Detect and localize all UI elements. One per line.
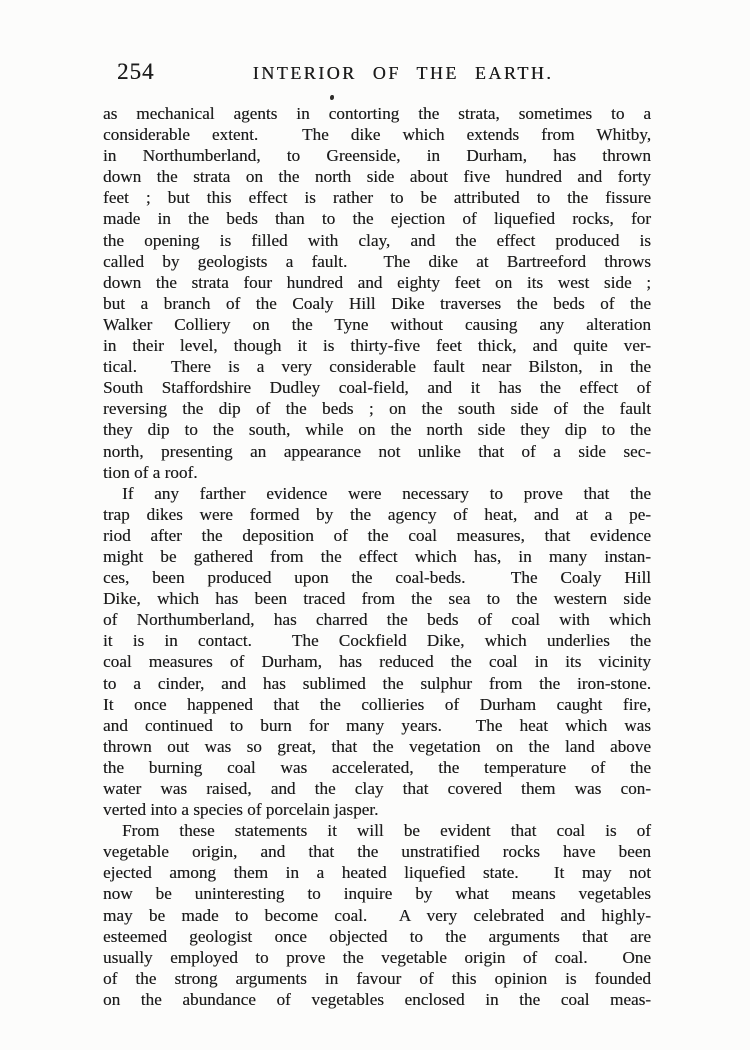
page-header: 254 INTERIOR OF THE EARTH. bbox=[103, 59, 651, 89]
text-line: water was raised, and the clay that cove… bbox=[103, 778, 651, 799]
text-line: reversing the dip of the beds ; on the s… bbox=[103, 398, 651, 419]
text-line: in Northumberland, to Greenside, in Durh… bbox=[103, 145, 651, 166]
text-line: down the strata on the north side about … bbox=[103, 166, 651, 187]
text-line: might be gathered from the effect which … bbox=[103, 546, 651, 567]
text-line: South Staffordshire Dudley coal-field, a… bbox=[103, 377, 651, 398]
text-line: verted into a species of porcelain jaspe… bbox=[103, 799, 651, 820]
text-line: it is in contact. The Cockfield Dike, wh… bbox=[103, 630, 651, 651]
text-line: made in the beds than to the ejection of… bbox=[103, 208, 651, 229]
text-line: feet ; but this effect is rather to be a… bbox=[103, 187, 651, 208]
text-line: vegetable origin, and that the unstratif… bbox=[103, 841, 651, 862]
text-line: to a cinder, and has sublimed the sulphu… bbox=[103, 673, 651, 694]
text-line: riod after the deposition of the coal me… bbox=[103, 525, 651, 546]
text-line: down the strata four hundred and eighty … bbox=[103, 272, 651, 293]
paragraph: From these statements it will be evident… bbox=[103, 820, 651, 1010]
text-line: may be made to become coal. A very celeb… bbox=[103, 905, 651, 926]
text-line: on the abundance of vegetables enclosed … bbox=[103, 989, 651, 1010]
text-line: called by geologists a fault. The dike a… bbox=[103, 251, 651, 272]
text-line: Walker Colliery on the Tyne without caus… bbox=[103, 314, 651, 335]
text-line: tical. There is a very considerable faul… bbox=[103, 356, 651, 377]
text-line: usually employed to prove the vegetable … bbox=[103, 947, 651, 968]
text-line: From these statements it will be evident… bbox=[103, 820, 651, 841]
text-column: as mechanical agents in contorting the s… bbox=[103, 103, 651, 1010]
text-line: in their level, though it is thirty-five… bbox=[103, 335, 651, 356]
text-line: now be uninteresting to inquire by what … bbox=[103, 883, 651, 904]
text-line: they dip to the south, while on the nort… bbox=[103, 419, 651, 440]
text-line: as mechanical agents in contorting the s… bbox=[103, 103, 651, 124]
text-line: thrown out was so great, that the vegeta… bbox=[103, 736, 651, 757]
text-line: the opening is filled with clay, and the… bbox=[103, 230, 651, 251]
running-title: INTERIOR OF THE EARTH. bbox=[133, 63, 673, 84]
text-line: of the strong arguments in favour of thi… bbox=[103, 968, 651, 989]
text-line: considerable extent. The dike which exte… bbox=[103, 124, 651, 145]
text-line: trap dikes were formed by the agency of … bbox=[103, 504, 651, 525]
text-line: esteemed geologist once objected to the … bbox=[103, 926, 651, 947]
ink-speck bbox=[330, 95, 334, 100]
text-line: If any farther evidence were necessary t… bbox=[103, 483, 651, 504]
text-line: of Northumberland, has charred the beds … bbox=[103, 609, 651, 630]
text-line: coal measures of Durham, has reduced the… bbox=[103, 651, 651, 672]
scanned-book-page: 254 INTERIOR OF THE EARTH. as mechanical… bbox=[0, 0, 750, 1050]
text-line: the burning coal was accelerated, the te… bbox=[103, 757, 651, 778]
text-line: and continued to burn for many years. Th… bbox=[103, 715, 651, 736]
text-line: north, presenting an appearance not unli… bbox=[103, 441, 651, 462]
text-line: ejected among them in a heated liquefied… bbox=[103, 862, 651, 883]
text-line: but a branch of the Coaly Hill Dike trav… bbox=[103, 293, 651, 314]
paragraph: If any farther evidence were necessary t… bbox=[103, 483, 651, 821]
paragraph: as mechanical agents in contorting the s… bbox=[103, 103, 651, 483]
text-line: ces, been produced upon the coal-beds. T… bbox=[103, 567, 651, 588]
text-line: tion of a roof. bbox=[103, 462, 651, 483]
text-line: It once happened that the collieries of … bbox=[103, 694, 651, 715]
text-line: Dike, which has been traced from the sea… bbox=[103, 588, 651, 609]
